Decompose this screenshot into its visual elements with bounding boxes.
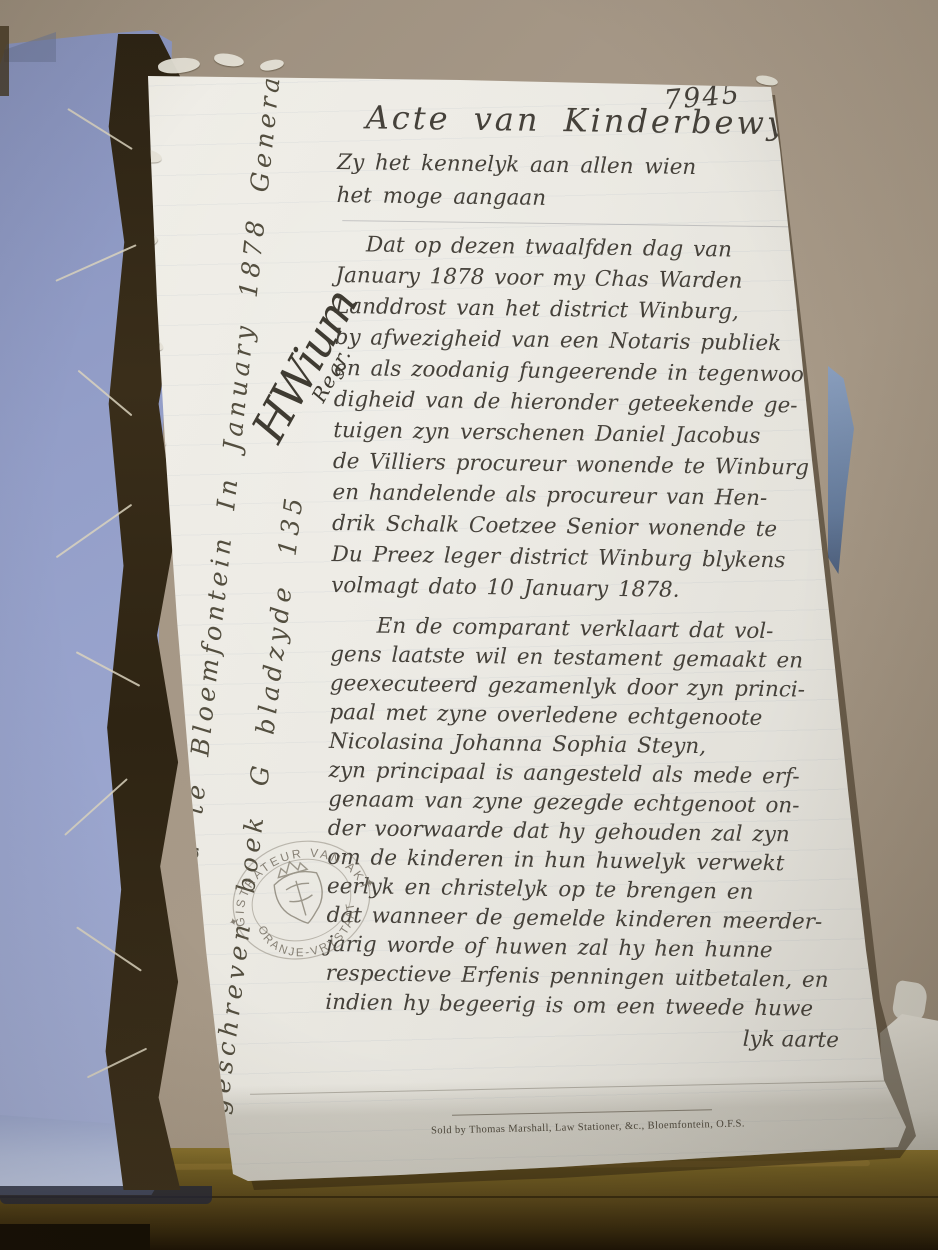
photo-left-edge bbox=[0, 26, 9, 96]
torn-paper-bit bbox=[755, 74, 778, 87]
document-title: Acte van Kinderbewys. bbox=[365, 98, 869, 143]
faint-pen-rule bbox=[342, 220, 812, 228]
blue-paper-sliver bbox=[828, 366, 854, 574]
body-line: indien hy begeerig is om een tweede huwe bbox=[325, 988, 857, 1024]
document-text-block: Acte van Kinderbewys. Zy het kennelyk aa… bbox=[325, 98, 870, 1053]
stamp-arc-bottom-text: ORANJE-VRYSTAAT bbox=[255, 899, 368, 972]
book-bottom-shadow bbox=[0, 1186, 212, 1204]
catchword: lyk aarte bbox=[325, 1021, 857, 1053]
opening-line: het moge aangaan bbox=[336, 179, 868, 219]
appearance-paragraph: Dat op dezen twaalfden dag van January 1… bbox=[331, 229, 868, 608]
shelf-dark-corner bbox=[0, 1224, 150, 1250]
declaration-paragraph: En de comparant verklaart dat vol- gens … bbox=[325, 611, 863, 1024]
opening-paragraph: Zy het kennelyk aan allen wien het moge … bbox=[336, 146, 869, 219]
torn-paper-bit bbox=[213, 52, 244, 68]
stamp-star-right: ✦ bbox=[364, 876, 376, 890]
torn-paper-bit bbox=[259, 58, 285, 73]
archival-photo-scene: 7945 Acte van Kinderbewys. Zy het kennel… bbox=[0, 0, 938, 1250]
